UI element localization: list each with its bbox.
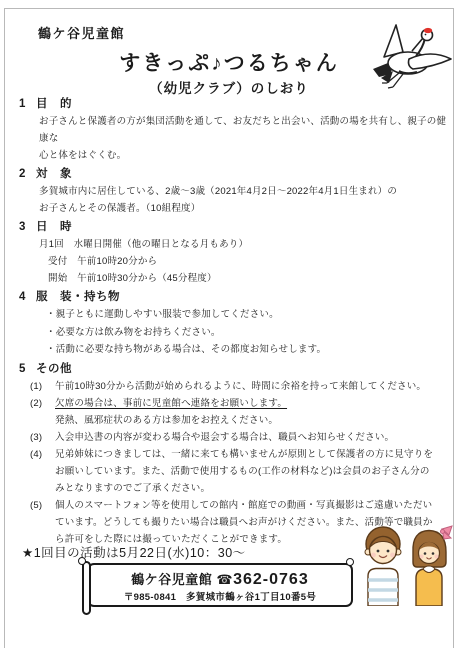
item-number: (2)	[30, 395, 55, 429]
contact-line: 鶴ケ谷児童館 ☎362-0763	[89, 569, 351, 589]
body-line: お子さんとその保護者。（10組程度）	[39, 200, 453, 217]
section-heading: 4服 装・持ち物	[19, 290, 453, 304]
item-number: (4)	[30, 446, 55, 497]
bullet-line: ・必要な方は飲み物をお持ちください。	[46, 324, 453, 342]
item-text: 入会申込書の内容が変わる場合や退会する場合は、職員へお知らせください。	[55, 429, 437, 446]
section-heading: 2対 象	[19, 167, 453, 181]
bullet-line: ・活動に必要な持ち物がある場合は、その都度お知らせします。	[46, 341, 453, 359]
section-other: 5その他 (1) 午前10時30分から活動が始められるように、時間に余裕を持って…	[5, 362, 453, 548]
section-title: その他	[36, 363, 72, 375]
scroll-curl-right-icon	[346, 558, 354, 566]
scroll-edge	[82, 561, 91, 615]
facility-address: 〒985-0841 多賀城市鶴ヶ谷1丁目10番5号	[89, 589, 351, 603]
section-heading: 3日 時	[19, 220, 453, 234]
section-clothing-items: 4服 装・持ち物 ・親子ともに運動しやすい服装で参加してください。 ・必要な方は…	[5, 290, 453, 359]
body-line: お子さんと保護者の方が集団活動を通して、お友だちと出会い、活動の場を共有し、親子…	[39, 113, 453, 147]
item-text: 午前10時30分から活動が始められるように、時間に余裕を持って来館してください。	[55, 378, 437, 395]
section-target: 2対 象 多賀城市内に居住している、2歳～3歳（2021年4月2日～2022年4…	[5, 167, 453, 217]
page-subtitle: （幼児クラブ）のしおり	[5, 77, 453, 97]
section-datetime: 3日 時 月1回 水曜日開催（他の曜日となる月もあり） 受付 午前10時20分か…	[5, 220, 453, 287]
item-number: (3)	[30, 429, 55, 446]
document-body: 1目 的 お子さんと保護者の方が集団活動を通して、お友だちと出会い、活動の場を共…	[5, 97, 453, 548]
section-title: 服 装・持ち物	[36, 291, 120, 303]
numbered-item: (4) 兄弟姉妹につきましては、一緒に来ても構いませんが原則として保護者の方に見…	[30, 446, 453, 497]
body-line: 受付 午前10時20分から	[48, 253, 453, 270]
body-line: 月1回 水曜日開催（他の曜日となる月もあり）	[39, 236, 453, 253]
section-number: 2	[19, 167, 36, 181]
body-line: 開始 午前10時30分から（45分程度）	[48, 270, 453, 287]
section-title: 日 時	[36, 221, 72, 233]
page-title: すきっぷ♪つるちゃん	[5, 47, 453, 77]
document-page: 鶴ケ谷児童館 すきっぷ♪つるちゃん （幼児クラブ）のしおり 1目 的	[4, 8, 454, 648]
numbered-item: (2) 欠席の場合は、事前に児童館へ連絡をお願いします。 発熱、風邪症状のある方…	[30, 395, 453, 429]
bullet-line: ・親子ともに運動しやすい服装で参加してください。	[46, 306, 453, 324]
section-heading: 5その他	[19, 362, 453, 376]
item-text-line: 発熱、風邪症状のある方は参加をお控えください。	[55, 412, 437, 429]
section-title: 目 的	[36, 98, 72, 110]
body-line: 多賀城市内に居住している、2歳～3歳（2021年4月2日～2022年4月1日生ま…	[39, 183, 453, 200]
numbered-item: (1) 午前10時30分から活動が始められるように、時間に余裕を持って来館してく…	[30, 378, 453, 395]
first-activity-note: ★1回目の活動は5月22日(水)10：30～	[22, 543, 246, 561]
numbered-item: (3) 入会申込書の内容が変わる場合や退会する場合は、職員へお知らせください。	[30, 429, 453, 446]
scroll-curl-left-icon	[78, 557, 86, 565]
section-number: 1	[19, 97, 36, 111]
phone-number: 362-0763	[233, 571, 309, 588]
section-number: 4	[19, 290, 36, 304]
item-text: 兄弟姉妹につきましては、一緒に来ても構いませんが原則として保護者の方に見守りをお…	[55, 446, 437, 497]
facility-name: 鶴ケ谷児童館	[131, 572, 212, 587]
body-line: 心と体をはぐくむ。	[39, 147, 453, 164]
item-text: 欠席の場合は、事前に児童館へ連絡をお願いします。 発熱、風邪症状のある方は参加を…	[55, 395, 437, 429]
item-number: (1)	[30, 378, 55, 395]
section-number: 3	[19, 220, 36, 234]
contact-banner: 鶴ケ谷児童館 ☎362-0763 〒985-0841 多賀城市鶴ヶ谷1丁目10番…	[87, 563, 353, 607]
section-number: 5	[19, 362, 36, 376]
section-title: 対 象	[36, 168, 72, 180]
org-name: 鶴ケ谷児童館	[38, 23, 125, 42]
underlined-text: 欠席の場合は、事前に児童館へ連絡をお願いします。	[55, 395, 437, 412]
section-purpose: 1目 的 お子さんと保護者の方が集団活動を通して、お友だちと出会い、活動の場を共…	[5, 97, 453, 164]
telephone-icon: ☎	[216, 572, 233, 587]
children-illustration	[357, 522, 457, 606]
section-heading: 1目 的	[19, 97, 453, 111]
item-number: (5)	[30, 497, 55, 548]
